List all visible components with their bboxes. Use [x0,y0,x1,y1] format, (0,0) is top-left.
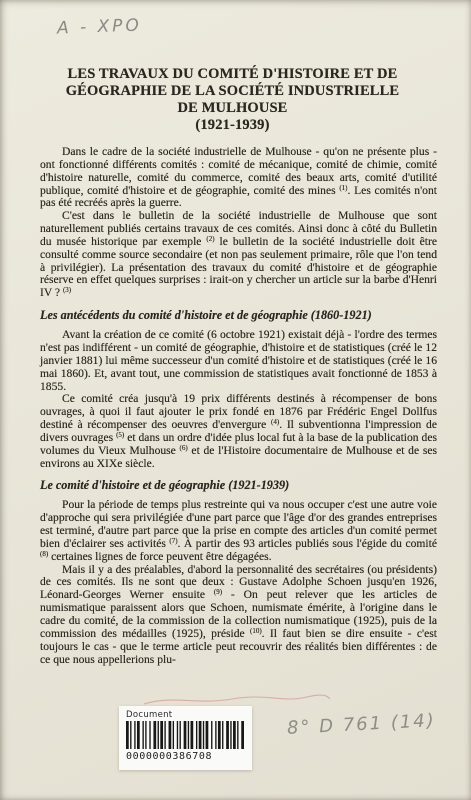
antecedents-paragraph-1: Avant la création de ce comité (6 octobr… [40,329,437,393]
intro-paragraph-1: Dans le cadre de la société industrielle… [40,146,437,210]
barcode-label: Document [126,710,245,720]
comite-paragraph-2: Mais il y a des préalables, d'abord la p… [40,564,437,667]
title-line: DE MULHOUSE [177,100,287,116]
intro-paragraph-2: C'est dans le bulletin de la société ind… [40,210,437,300]
barcode-bars-icon [126,721,244,749]
title-line: GÉOGRAPHIE DE LA SOCIÉTÉ INDUSTRIELLE [66,83,400,99]
scanned-page: A - XPO LES TRAVAUX DU COMITÉ D'HISTOIRE… [0,0,471,800]
antecedents-paragraph-2: Ce comité créa jusqu'à 19 prix différent… [40,393,437,470]
barcode-number: 0000000386708 [126,750,245,763]
section-heading-antecedents: Les antécédents du comité d'histoire et … [40,309,437,322]
article-body: Dans le cadre de la société industrielle… [40,146,437,666]
title-line: LES TRAVAUX DU COMITÉ D'HISTOIRE ET DE [68,66,398,82]
handwritten-shelfmark-bottom: 8° D 761 (14) [287,710,437,739]
comite-paragraph-1: Pour la période de temps plus restreinte… [40,499,437,563]
article-title: LES TRAVAUX DU COMITÉ D'HISTOIRE ET DE G… [0,66,465,134]
title-line: (1921-1939) [195,117,269,133]
handwritten-note-top: A - XPO [57,16,143,39]
barcode-sticker: Document 0000000386708 [119,706,252,770]
section-heading-comite: Le comité d'histoire et de géographie (1… [40,479,437,492]
